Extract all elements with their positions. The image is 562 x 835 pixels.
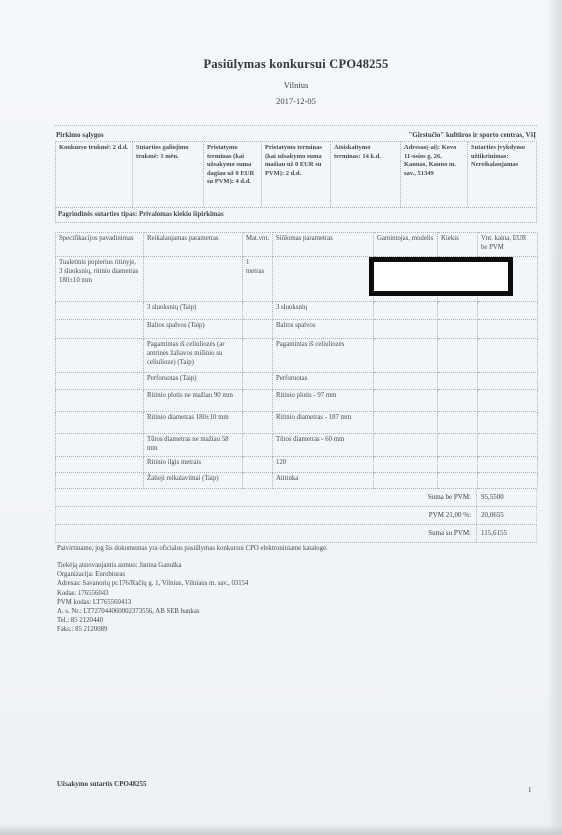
offered-param-cell: 3 sluoksnių bbox=[273, 302, 374, 320]
unit-cell bbox=[243, 373, 273, 390]
condition-payment-term: Atsiskaitymo terminas: 14 k.d. bbox=[331, 142, 401, 207]
unit-cell bbox=[243, 456, 273, 472]
spec-name-cell bbox=[56, 472, 144, 488]
total-label: PVM 21,00 %: bbox=[56, 511, 476, 519]
document-date: 2017-12-05 bbox=[55, 96, 537, 106]
required-param-cell: Tūtos diametras ne mažiau 58 mm bbox=[144, 434, 243, 457]
condition-contract-duration: Sutarties galiojimo trukmė: 1 mėn. bbox=[133, 142, 204, 207]
required-param-cell: Ritinio diametras 180±10 mm bbox=[144, 412, 243, 434]
unit-cell bbox=[243, 320, 273, 339]
spec-name-cell bbox=[56, 320, 144, 339]
supplier-fax: Faks.: 85 2120089 bbox=[57, 625, 248, 634]
col-header-spec-name: Specifikacijos pavadinimas bbox=[56, 233, 144, 257]
document-city: Vilnius bbox=[55, 80, 537, 90]
totals-row: Suma su PVM: 115,6155 bbox=[55, 525, 537, 543]
spec-name-cell bbox=[56, 373, 144, 390]
unit-cell bbox=[243, 390, 273, 412]
required-param-cell: Ritinio plotis ne mažiau 90 mm bbox=[144, 390, 243, 412]
document-title: Pasiūlymas konkursui CPO48255 bbox=[55, 57, 537, 72]
supplier-bank-account: A. s. Nr.: LT727044060002373556, AB SEB … bbox=[57, 607, 248, 616]
supplier-phone: Tel.: 85 2120440 bbox=[57, 616, 248, 625]
total-value: 115,6155 bbox=[476, 525, 536, 542]
confirmation-text: Patvirtiname, jog šis dokumentas yra ofi… bbox=[57, 545, 497, 552]
spec-header-row: Specifikacijos pavadinimas Reikalaujamas… bbox=[56, 233, 538, 257]
supplier-code: Kodas: 176556043 bbox=[57, 589, 248, 598]
totals-row: Suma be PVM: 95,5500 bbox=[55, 489, 537, 507]
offered-param-cell: Ritinio plotis - 97 mm bbox=[273, 390, 374, 412]
table-row: Ritinio diametras 180±10 mm Ritinio diam… bbox=[56, 412, 538, 434]
total-value: 20,0655 bbox=[476, 507, 536, 524]
required-param-cell: Baltos spalvos (Taip) bbox=[144, 320, 243, 339]
scan-edge-bottom bbox=[0, 825, 562, 835]
condition-competition-duration: Konkurso trukmė: 2 d.d. bbox=[56, 142, 133, 207]
total-label: Suma su PVM: bbox=[56, 529, 476, 537]
table-row: Baltos spalvos (Taip) Baltos spalvos bbox=[56, 320, 538, 339]
total-value: 95,5500 bbox=[476, 489, 536, 506]
table-row: Perforuotas (Taip) Perforuotas bbox=[56, 373, 538, 390]
spec-name-cell bbox=[56, 302, 144, 320]
conditions-header-row: Pirkimo sąlygos "Girstučio" kultūros ir … bbox=[55, 125, 537, 141]
scan-edge-right bbox=[547, 0, 562, 835]
col-header-manufacturer: Gamintojas, modelis bbox=[374, 233, 438, 257]
supplier-vat-code: PVM kodas: LT765560413 bbox=[57, 598, 248, 607]
purchase-conditions-section: Pirkimo sąlygos "Girstučio" kultūros ir … bbox=[55, 125, 537, 223]
total-label: Suma be PVM: bbox=[56, 493, 476, 501]
spec-name-cell bbox=[56, 456, 144, 472]
unit-cell bbox=[243, 412, 273, 434]
unit-cell: 1 metras bbox=[243, 257, 273, 302]
required-param-cell: Pagamintas iš celiuliozės (ar antrinės ž… bbox=[144, 339, 243, 373]
offered-param-cell: Atitinka bbox=[273, 472, 374, 488]
table-row: Pagamintas iš celiuliozės (ar antrinės ž… bbox=[56, 339, 538, 373]
col-header-unit: Mat.vnt. bbox=[243, 233, 273, 257]
offered-param-cell: 120 bbox=[273, 456, 374, 472]
table-row: Žalieji reikalavimai (Taip) Atitinka bbox=[56, 472, 538, 488]
col-header-unit-price: Vnt. kaina, EUR be PVM bbox=[478, 233, 538, 257]
offered-param-cell: Tūtos diametras - 60 mm bbox=[273, 434, 374, 457]
supplier-representative: Tiekėją atstovaujantis asmuo: Janina Gan… bbox=[57, 561, 248, 570]
buyer-name: "Girstučio" kultūros ir sporto centras, … bbox=[408, 131, 536, 139]
condition-delivery-term-under: Pristatymo terminas (kai užsakymo suma m… bbox=[262, 142, 331, 207]
table-row: Ritinio ilgis metrais 120 bbox=[56, 456, 538, 472]
offered-param-cell: Baltos spalvos bbox=[273, 320, 374, 339]
required-param-cell: 3 sluoksnių (Taip) bbox=[144, 302, 243, 320]
condition-address: Adresas(-ai): Kovo 11-osios g. 26, Kauna… bbox=[401, 142, 468, 207]
required-param-cell: Žalieji reikalavimai (Taip) bbox=[144, 472, 243, 488]
redaction-box bbox=[369, 257, 513, 296]
unit-cell bbox=[243, 434, 273, 457]
specification-section: Specifikacijos pavadinimas Reikalaujamas… bbox=[55, 232, 537, 543]
totals-row: PVM 21,00 %: 20,0655 bbox=[55, 507, 537, 525]
required-param-cell: Perforuotas (Taip) bbox=[144, 373, 243, 390]
conditions-section-label: Pirkimo sąlygos bbox=[56, 131, 104, 139]
offered-param-cell: Perforuotas bbox=[273, 373, 374, 390]
col-header-offered-param: Siūlomas parametras bbox=[273, 233, 374, 257]
spec-name-cell: Tualetinis popierius ritinyje, 3 sluoksn… bbox=[56, 257, 144, 302]
condition-performance-guarantee: Sutarties įvykdymo užtikrinimas: Nereika… bbox=[468, 142, 538, 207]
offered-param-cell: Pagamintas iš celiuliozės bbox=[273, 339, 374, 373]
offered-param-cell: Ritinio diametras - 187 mm bbox=[273, 412, 374, 434]
required-param-cell: Ritinio ilgis metrais bbox=[144, 456, 243, 472]
table-row: 3 sluoksnių (Taip) 3 sluoksnių bbox=[56, 302, 538, 320]
table-row: Ritinio plotis ne mažiau 90 mm Ritinio p… bbox=[56, 390, 538, 412]
spec-name-cell bbox=[56, 390, 144, 412]
page-number: 1 bbox=[528, 786, 532, 794]
conditions-table: Konkurso trukmė: 2 d.d. Sutarties galioj… bbox=[55, 141, 537, 208]
spec-name-cell bbox=[56, 339, 144, 373]
unit-cell bbox=[243, 472, 273, 488]
spec-name-cell bbox=[56, 434, 144, 457]
table-row: Tūtos diametras ne mažiau 58 mm Tūtos di… bbox=[56, 434, 538, 457]
required-param-cell bbox=[144, 257, 243, 302]
supplier-info-block: Tiekėją atstovaujantis asmuo: Janina Gan… bbox=[57, 561, 248, 635]
condition-delivery-term-over: Pristatymo terminas (kai užsakymo suma d… bbox=[204, 142, 262, 207]
unit-cell bbox=[243, 302, 273, 320]
col-header-required-param: Reikalaujamas parametras bbox=[144, 233, 243, 257]
spec-name-cell bbox=[56, 412, 144, 434]
supplier-address: Adresas: Savanorių pr.176/Račių g. 1, Vi… bbox=[57, 579, 248, 588]
unit-cell bbox=[243, 339, 273, 373]
footer-doc-ref: Užsakymo sutartis CPO48255 bbox=[57, 780, 146, 788]
supplier-organization: Organizacija: Eurobiuras bbox=[57, 570, 248, 579]
scanned-document-page: Pasiūlymas konkursui CPO48255 Vilnius 20… bbox=[0, 0, 562, 835]
offered-param-cell bbox=[273, 257, 374, 302]
col-header-quantity: Kiekis bbox=[438, 233, 478, 257]
contract-type-row: Pagrindinės sutarties tipas: Privalomas … bbox=[55, 208, 537, 223]
